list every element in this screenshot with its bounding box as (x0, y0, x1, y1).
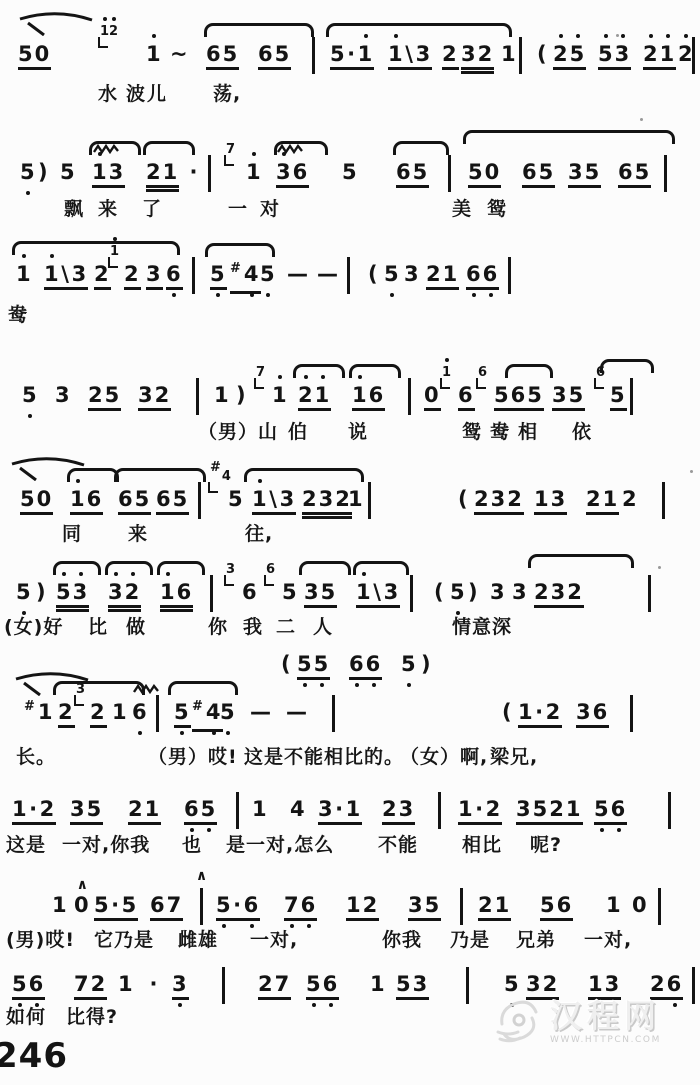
note-digit: 1 (163, 160, 180, 184)
note-token: 5 (220, 700, 237, 725)
lyric-text: 鸳 (487, 197, 507, 221)
slur-arc (67, 468, 119, 482)
note-token: 53 (396, 972, 429, 1000)
octave-dot-below (303, 683, 307, 687)
note-digit: 2 (91, 972, 108, 996)
note-digit: 2 (155, 383, 172, 407)
note-digit: 5 (413, 160, 430, 184)
note-digit: 5 (122, 893, 139, 917)
scan-speck (616, 34, 619, 37)
note-digit: 1 (442, 366, 451, 379)
note-token: 5 (228, 487, 245, 512)
barline (662, 482, 665, 519)
note-digit: 5 (540, 893, 557, 917)
note-digit: 6 (458, 383, 475, 407)
note-digit: · (188, 160, 199, 184)
note-digit: 1 (495, 893, 512, 917)
note-token: 65 (396, 160, 429, 188)
note-token: #1 (24, 700, 55, 729)
note-digit: 2 (507, 487, 524, 511)
note-digit: 1 (214, 383, 231, 407)
note-token: 32 (138, 383, 171, 411)
note-digit: 2 (622, 487, 639, 511)
note-digit: 2 (549, 797, 566, 821)
note-digit: 1 (44, 262, 61, 286)
octave-dot-above (112, 17, 116, 21)
note-digit: 1 (358, 42, 375, 66)
note-token: #4 (192, 700, 223, 732)
note-token: 32 (461, 42, 494, 70)
octave-dot-above (362, 572, 366, 576)
lyric-text: 了 (142, 197, 162, 221)
note-digit: 2 (58, 700, 75, 724)
note-token: 5 (60, 160, 77, 185)
note-digit: 3 (73, 580, 90, 604)
note-digit: 3 (568, 160, 585, 184)
lyric-text: 对 (260, 197, 280, 221)
note-digit: 6 (184, 797, 201, 821)
note-token: 2 (442, 42, 459, 70)
note-token: 65 (156, 487, 189, 515)
note-token: 56 (12, 972, 45, 1000)
note-token: 4 (290, 797, 307, 822)
note-token: 0∧ (74, 893, 91, 918)
note-digit: 3 (461, 42, 478, 66)
note-token: 1 (146, 42, 163, 67)
lyric-text: 也 (182, 833, 202, 857)
octave-dot-above (166, 572, 170, 576)
barline (692, 37, 695, 74)
note-token: 21 (426, 262, 459, 290)
lyric-text: 做 (126, 615, 146, 639)
note-digit: 6 (349, 652, 366, 676)
note-digit: 6 (522, 160, 539, 184)
octave-dot-below (617, 828, 621, 832)
note-token: 21 (128, 797, 161, 825)
note-token: 1 (501, 42, 518, 67)
note-digit: 6 (177, 580, 194, 604)
grace-note: 1 (442, 366, 453, 380)
note-digit: · (335, 797, 346, 821)
note-digit: 2 (546, 700, 563, 724)
octave-dot-above (152, 34, 156, 38)
note-digit: 6 (206, 42, 223, 66)
note-digit: 2 (363, 893, 380, 917)
note-digit: 6 (618, 160, 635, 184)
note-token: 36 (576, 700, 609, 728)
note-digit: 1 (603, 487, 620, 511)
note-digit: 3 (72, 262, 89, 286)
note-token: 1 (246, 160, 263, 185)
note-digit: 2 (124, 262, 141, 286)
octave-dot-above (649, 34, 653, 38)
octave-dot-below (190, 828, 194, 832)
octave-dot-above (113, 237, 117, 241)
barline (208, 155, 211, 192)
lyric-text: 一对,你我 (62, 833, 150, 857)
note-digit: 6 (87, 487, 104, 511)
note-token: ) (236, 383, 248, 408)
note-digit: ~ (170, 42, 188, 66)
octave-dot-above (62, 572, 66, 576)
note-token: 21 (643, 42, 676, 70)
grace-note: 7 (256, 366, 267, 380)
note-token: 16 (160, 580, 193, 608)
note-digit: 3 (526, 972, 543, 996)
grace-note: 3 (76, 683, 87, 697)
note-token: 3 (172, 972, 189, 1000)
lyric-text: 相比 (462, 833, 502, 857)
note-digit: 2 (534, 580, 551, 604)
lyric-text: 情意深 (452, 615, 512, 639)
note-digit: 2 (40, 797, 57, 821)
lyric-text: 不能 (378, 833, 418, 857)
lyric-text: 这是不能相比的。 (244, 745, 404, 769)
note-digit: 1 (252, 487, 269, 511)
octave-dot-above (79, 572, 83, 576)
note-digit: 5 (16, 580, 33, 604)
note-digit: 1 (110, 245, 119, 258)
barline (222, 967, 225, 1004)
lyric-text: 是一对,怎么 (226, 833, 334, 857)
note-digit: 5 (297, 652, 314, 676)
note-digit: ( (537, 42, 549, 66)
note-token: — (250, 700, 271, 725)
note-token: 13 (92, 160, 125, 188)
note-digit: 6 (478, 366, 487, 379)
note-digit: 2 (478, 893, 495, 917)
note-digit: 1 (252, 797, 269, 821)
note-digit: 2 (442, 42, 459, 66)
note-token: 56 (540, 893, 573, 921)
note-digit: 6 (396, 160, 413, 184)
note-digit: 5 (306, 972, 323, 996)
note-token: ( (368, 262, 380, 287)
note-token: 23 (382, 797, 415, 825)
note-token: 53 (598, 42, 631, 70)
note-token: 5 (401, 652, 418, 677)
note-digit: 0 (485, 160, 502, 184)
note-token: 12 (346, 893, 379, 921)
lyric-text: 乃是 (450, 928, 490, 952)
note-digit: 2 (258, 972, 275, 996)
note-digit: 1 (92, 160, 109, 184)
note-token: 3·1 (318, 797, 362, 825)
note-token: 232 (474, 487, 524, 515)
octave-dot-above (321, 375, 325, 379)
note-token: #4 (230, 262, 261, 294)
lyric-text: 兄弟 (516, 928, 556, 952)
note-digit: 5 (282, 580, 299, 604)
note-digit: 3 (384, 580, 401, 604)
barline (196, 378, 199, 415)
note-digit: 3 (399, 797, 416, 821)
note-token: 1 (272, 383, 289, 408)
note-token: 25 (553, 42, 586, 70)
lyric-text: 荡, (213, 82, 241, 106)
note-token: 1 (370, 972, 387, 997)
slur-arc (12, 241, 180, 255)
barline (508, 257, 511, 294)
note-token: 1·2 (518, 700, 562, 728)
note-digit: 0 (35, 42, 52, 66)
note-digit: 4 (222, 470, 231, 483)
note-token: 5 (22, 383, 39, 408)
note-digit: 2 (88, 383, 105, 407)
note-digit: 1 (356, 580, 373, 604)
octave-dot-above (576, 34, 580, 38)
note-digit: 5 (87, 797, 104, 821)
note-token: 55 (297, 652, 330, 680)
octave-dot-above (666, 34, 670, 38)
note-digit: 5 (12, 972, 29, 996)
lyric-text: 雌雄 (178, 928, 218, 952)
octave-dot-below (226, 731, 230, 735)
octave-dot-above (22, 254, 26, 258)
lyric-text: 我 (243, 615, 263, 639)
note-token: — (317, 262, 338, 287)
note-digit: 3 (552, 383, 569, 407)
note-digit: 3 (516, 797, 533, 821)
note-digit: 5 (594, 797, 611, 821)
note-digit: 1 (501, 42, 518, 66)
note-token: 3 (490, 580, 507, 605)
note-digit: 2 (298, 383, 315, 407)
note-token: 6 (132, 700, 149, 725)
note-digit: 7 (284, 893, 301, 917)
lyric-text: 比得? (66, 1005, 118, 1029)
note-digit: 5 (20, 487, 37, 511)
lyric-text: 人 (313, 615, 333, 639)
lyric-text: 长。 (16, 745, 56, 769)
breath-mark-icon: ∧ (77, 873, 88, 897)
barline (347, 257, 350, 294)
note-digit: · (29, 797, 40, 821)
octave-dot-below (266, 293, 270, 297)
note-digit: 1 (534, 487, 551, 511)
note-digit: 3 (138, 383, 155, 407)
note-digit: 5 (635, 160, 652, 184)
note-digit: 1 (348, 487, 365, 511)
barline (156, 695, 159, 732)
note-digit: 7 (167, 893, 184, 917)
note-digit: 3 (512, 580, 529, 604)
note-digit: 3 (551, 487, 568, 511)
note-token: 76 (284, 893, 317, 921)
slur-arc (299, 561, 351, 575)
note-token: 3 (146, 262, 163, 290)
note-digit: 5 (569, 383, 586, 407)
note-digit: 2 (128, 797, 145, 821)
note-digit: ) (468, 580, 480, 604)
note-digit: 7 (256, 366, 265, 379)
note-digit: 7 (74, 972, 91, 996)
note-digit: 6 (611, 797, 628, 821)
grace-note: 12 (100, 25, 120, 39)
lyric-text: 伯 (288, 420, 308, 444)
note-token: ) (38, 160, 50, 185)
lyric-text: 你 (208, 615, 228, 639)
octave-dot-above (304, 375, 308, 379)
octave-dot-below (329, 1003, 333, 1007)
octave-dot-below (26, 191, 30, 195)
barline (692, 967, 695, 1004)
lyric-text: 相 (518, 420, 538, 444)
note-digit: 1 (100, 25, 109, 38)
note-digit: 2 (474, 487, 491, 511)
note-token: ) (36, 580, 48, 605)
barline (466, 967, 469, 1004)
note-digit: 3 (108, 580, 125, 604)
watermark: 汉程网 WWW.HTTPCN.COM (492, 994, 661, 1050)
note-token: 66 (349, 652, 382, 680)
note-token: 1\3 (356, 580, 400, 608)
note-token: 3 (55, 383, 72, 408)
slur-arc (463, 130, 675, 144)
note-token: 1 (348, 487, 365, 512)
note-token: 2 (58, 700, 75, 728)
note-token: 6 (242, 580, 259, 605)
note-digit: 3 (70, 797, 87, 821)
lyric-text: 一 (228, 197, 248, 221)
note-digit: 2 (146, 160, 163, 184)
note-token: 1\3 (388, 42, 432, 70)
note-digit: 5 (210, 262, 227, 286)
note-token: ( (502, 700, 514, 725)
note-digit: 0 (424, 383, 441, 407)
note-digit: 6 (266, 563, 275, 576)
note-digit: 1 (160, 580, 177, 604)
note-token: 36 (276, 160, 309, 188)
note-digit: 5 (94, 893, 111, 917)
note-token: 72 (74, 972, 107, 1000)
note-digit: — (286, 700, 307, 724)
note-digit: 6 (293, 160, 310, 184)
note-digit: · (475, 797, 486, 821)
note-token: 5 (282, 580, 299, 605)
octave-dot-above (258, 479, 262, 483)
note-digit: 2 (543, 972, 560, 996)
lyric-text: 它乃是 (94, 928, 154, 952)
note-digit: 5 (539, 160, 556, 184)
lyric-text: 如何 (6, 1005, 46, 1029)
octave-dot-below (472, 293, 476, 297)
note-digit: 5 (22, 383, 39, 407)
lyric-text: 水 (98, 82, 118, 106)
barline (198, 482, 201, 519)
note-token: 50 (18, 42, 51, 70)
lyric-text: 二 (276, 615, 296, 639)
note-digit: 5 (504, 972, 521, 996)
note-token: 56 (594, 797, 627, 825)
note-token: 1·2 (12, 797, 56, 825)
note-token: 3 (404, 262, 421, 287)
octave-dot-below (372, 683, 376, 687)
note-token: ) (421, 652, 433, 677)
note-digit: 3 (172, 972, 189, 996)
octave-dot-below (312, 1003, 316, 1007)
note-token: 5 (384, 262, 401, 287)
note-token: ) (468, 580, 480, 605)
note-digit: 1 (346, 893, 363, 917)
note-token: 50 (468, 160, 501, 188)
watermark-logo-icon (492, 994, 544, 1050)
barline (192, 257, 195, 294)
note-digit: 6 (29, 972, 46, 996)
note-token: 1·2 (458, 797, 502, 825)
note-token: 1 (112, 700, 129, 725)
note-digit: 5 (314, 652, 331, 676)
lyric-text: 波 (126, 82, 146, 106)
note-digit: 6 (483, 262, 500, 286)
note-digit: — (317, 262, 338, 286)
note-token: 1 (118, 972, 135, 997)
note-digit: 3 (280, 487, 297, 511)
note-digit: 5 (260, 262, 277, 286)
barline (236, 792, 239, 829)
note-digit: 5 (570, 42, 587, 66)
note-token: 232 (302, 487, 352, 515)
lyric-text: 来 (128, 522, 148, 546)
note-digit: 0 (632, 893, 649, 917)
slur-arc (505, 364, 553, 378)
note-digit: 2 (643, 42, 660, 66)
grace-note: 6 (596, 366, 607, 380)
note-token: — (287, 262, 308, 287)
lyric-text: 你我 (382, 928, 422, 952)
lyric-text: (女)好 (4, 615, 63, 639)
note-digit: 1 (352, 383, 369, 407)
lyric-text: 飘 (64, 197, 84, 221)
note-token: 2 (90, 700, 107, 728)
note-token: 21 (146, 160, 179, 188)
sharp-icon: # (210, 460, 221, 475)
note-digit: 6 (301, 893, 318, 917)
note-token: 27 (258, 972, 291, 1000)
note-digit: 3 (551, 580, 568, 604)
note-token: 32 (108, 580, 141, 608)
note-digit: 6 (557, 893, 574, 917)
note-digit: 6 (667, 972, 684, 996)
octave-dot-below (307, 924, 311, 928)
octave-dot-below (222, 924, 226, 928)
lyric-text: 儿 (147, 82, 167, 106)
slur-arc (204, 23, 314, 37)
note-digit: · (233, 893, 244, 917)
slur-arc (326, 23, 512, 37)
octave-dot-below (28, 414, 32, 418)
note-token: 50 (20, 487, 53, 515)
note-digit: 1 (518, 700, 535, 724)
octave-dot-below (390, 293, 394, 297)
note-digit: 2 (125, 580, 142, 604)
note-digit: 1 (660, 42, 677, 66)
note-digit: 1 (16, 262, 33, 286)
note-digit: 6 (366, 652, 383, 676)
note-digit: 1 (272, 383, 289, 407)
note-digit: 5 (494, 383, 511, 407)
slur-arc (53, 561, 101, 575)
note-digit: 2 (109, 25, 118, 38)
note-digit: · (347, 42, 358, 66)
note-token: 5 (610, 383, 627, 411)
note-digit: 6 (118, 487, 135, 511)
grace-note: 3 (226, 563, 237, 577)
octave-dot-below (138, 731, 142, 735)
tie-continuation-mark (16, 6, 96, 40)
note-token: 1\3 (44, 262, 88, 290)
octave-dot-above (278, 375, 282, 379)
